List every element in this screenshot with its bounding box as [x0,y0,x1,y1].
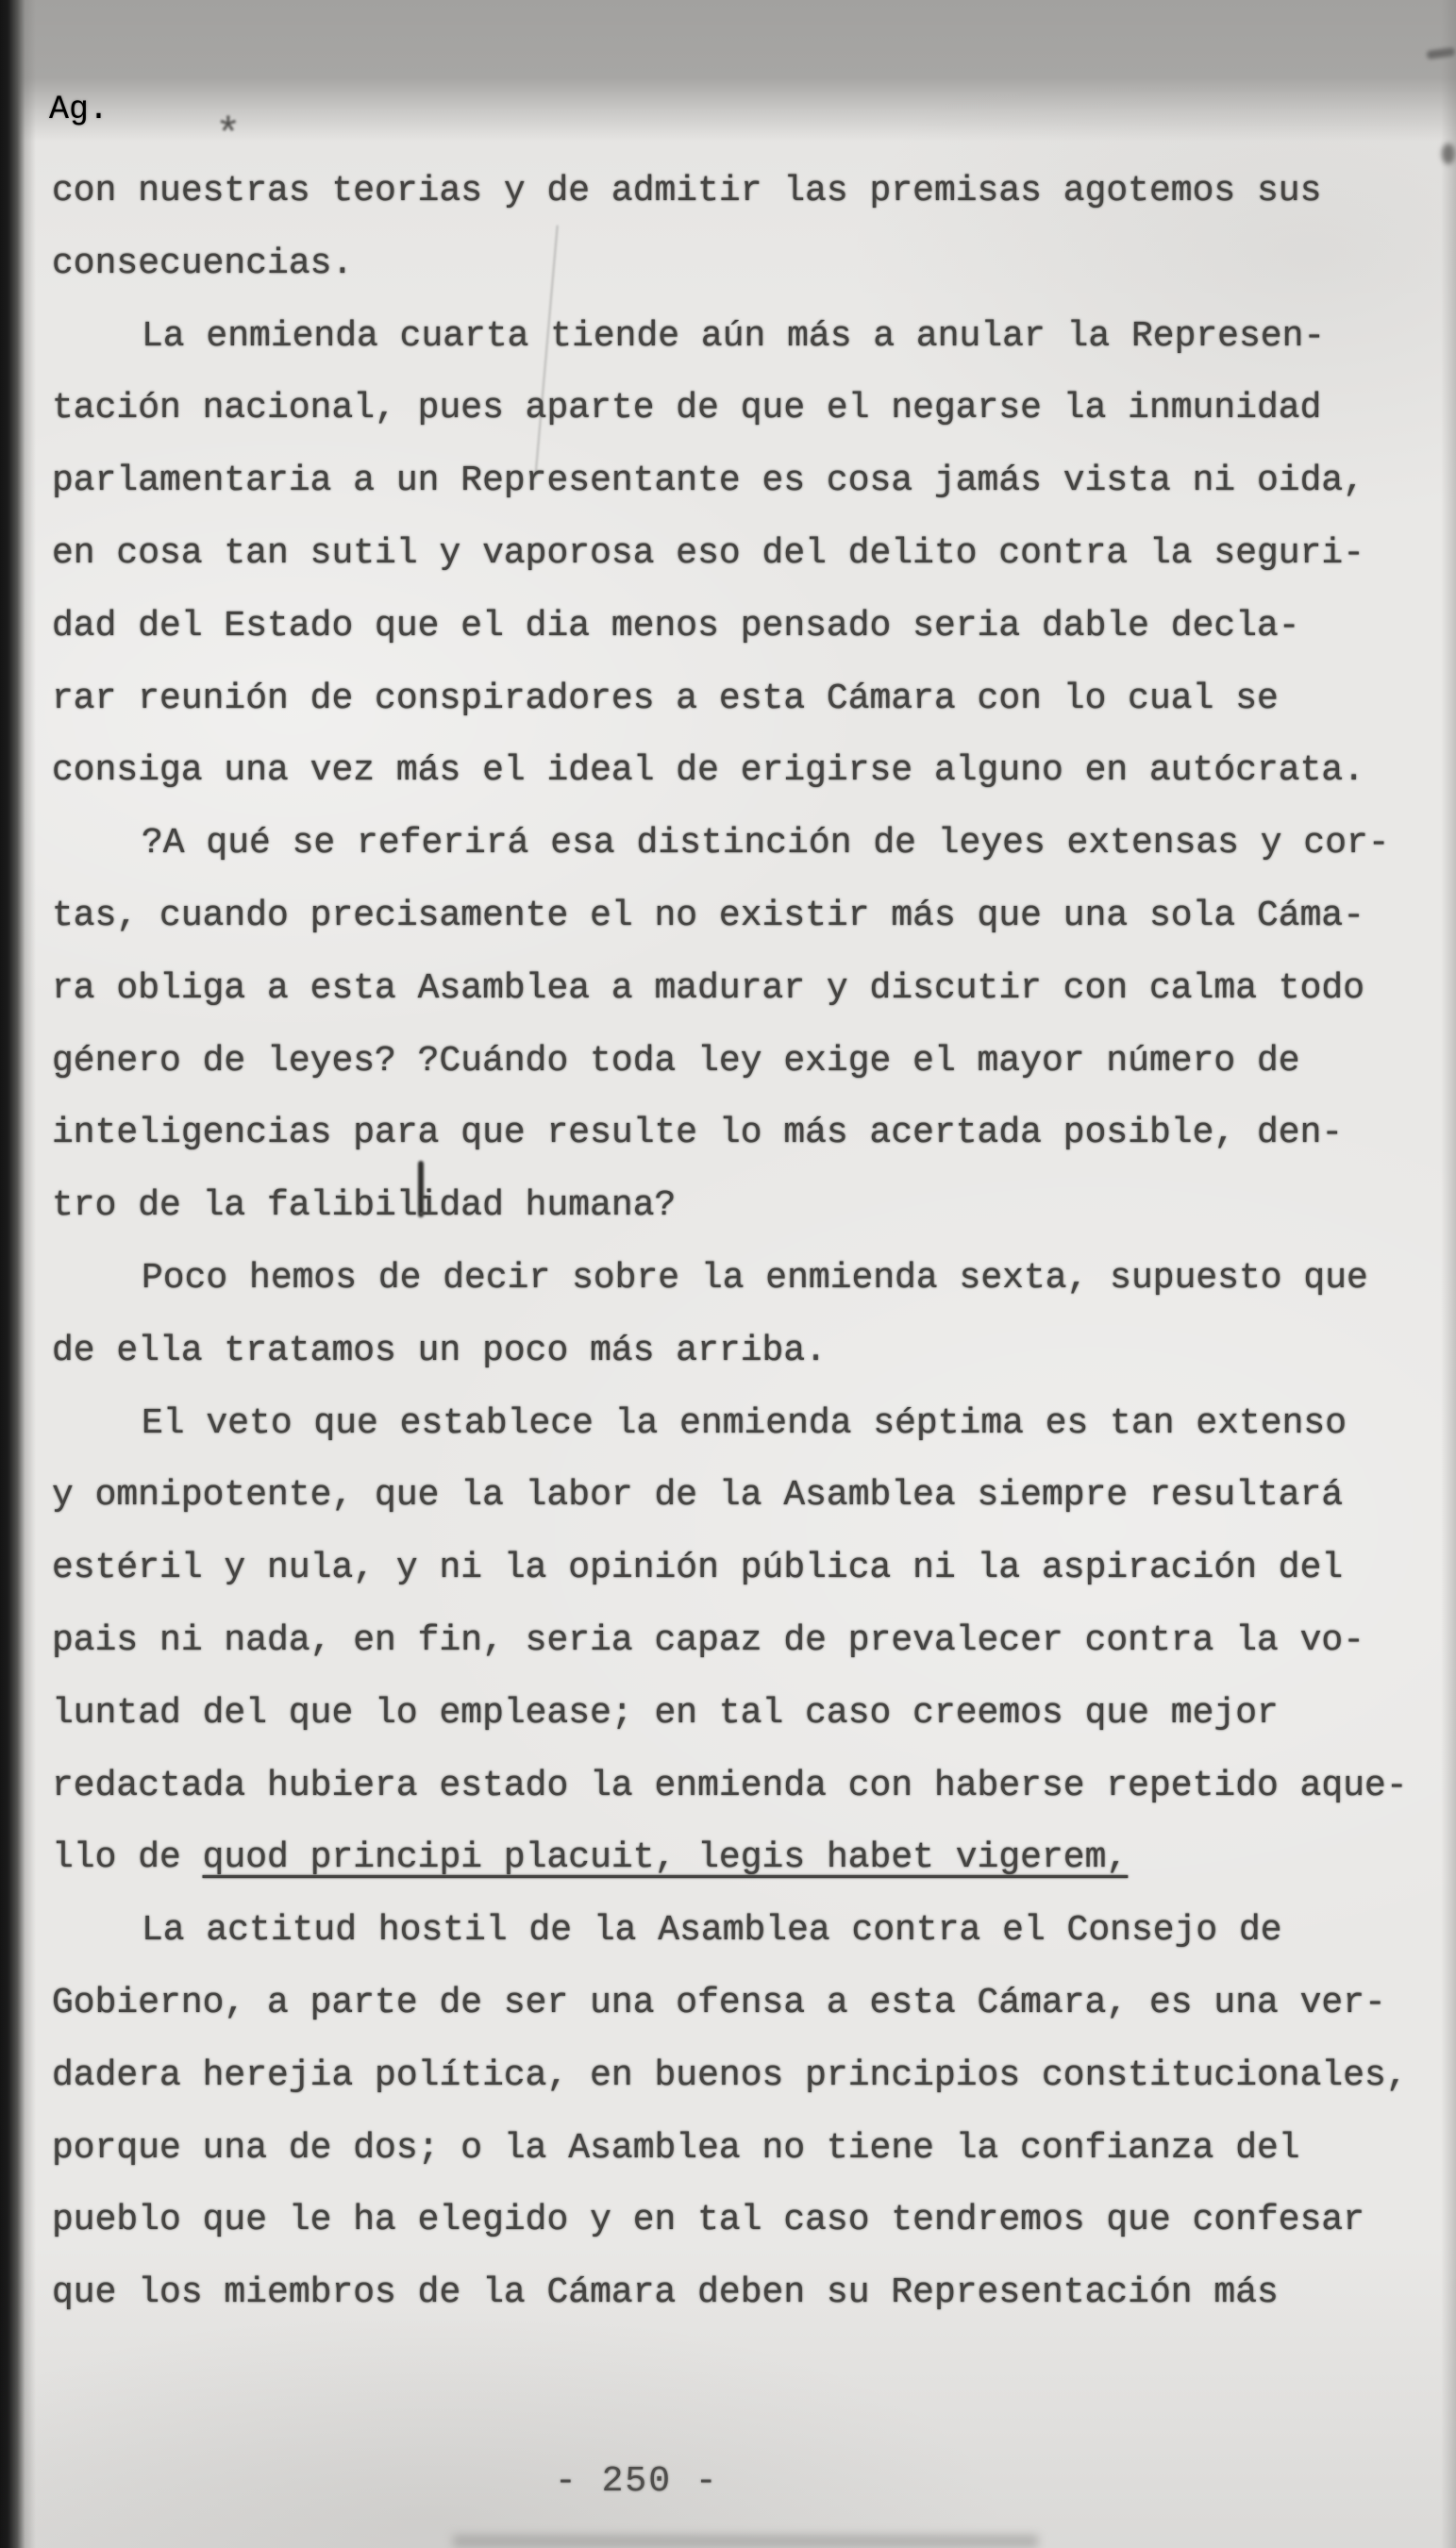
text-line: tas, cuando precisamente el no existir m… [52,880,1411,953]
text-line: que los miembros de la Cámara deben su R… [52,2257,1411,2330]
text-line: y omnipotente, que la labor de la Asambl… [52,1460,1411,1533]
text-line: estéril y nula, y ni la opinión pública … [52,1533,1411,1605]
text-line: La actitud hostil de la Asamblea contra … [52,1895,1411,1968]
scan-edge-left [0,0,36,2548]
header-annotation: Ag. [49,91,109,128]
text-line: género de leyes? ?Cuándo toda ley exige … [52,1026,1411,1098]
text-line-with-underline: llo de quod principi placuit, legis habe… [52,1822,1411,1895]
text-line: rar reunión de conspiradores a esta Cáma… [52,663,1411,736]
text-line: pais ni nada, en fin, seria capaz de pre… [52,1605,1411,1678]
scanned-document-page: { "document": { "header_annotation": "Ag… [0,0,1456,2548]
text-line: en cosa tan sutil y vaporosa eso del del… [52,518,1411,591]
text-line: El veto que establece la enmienda séptim… [52,1388,1411,1461]
text-line: parlamentaria a un Representante es cosa… [52,445,1411,518]
text-line: pueblo que le ha elegido y en tal caso t… [52,2185,1411,2257]
text-line: consecuencias. [52,228,1411,301]
typewritten-text-block: con nuestras teorias y de admitir las pr… [52,156,1411,2330]
text-line: tación nacional, pues aparte de que el n… [52,373,1411,445]
page-number: - 250 - [555,2461,719,2503]
text-line: consiga una vez más el ideal de erigirse… [52,735,1411,808]
text-line: ?A qué se referirá esa distinción de ley… [52,808,1411,880]
text-line: inteligencias para que resulte lo más ac… [52,1098,1411,1170]
text-line: redactada hubiera estado la enmienda con… [52,1751,1411,1823]
text-line: Gobierno, a parte de ser una ofensa a es… [52,1968,1411,2040]
text-line: dad del Estado que el dia menos pensado … [52,591,1411,663]
text-line: con nuestras teorias y de admitir las pr… [52,156,1411,228]
text-line: dadera herejia política, en buenos princ… [52,2040,1411,2113]
scan-shadow-bottom [453,2535,1038,2548]
text-segment: llo de [52,1837,203,1878]
text-line: ra obliga a esta Asamblea a madurar y di… [52,953,1411,1026]
text-line: de ella tratamos un poco más arriba. [52,1316,1411,1388]
text-line: Poco hemos de decir sobre la enmienda se… [52,1243,1411,1316]
scan-edge-right [1441,0,1456,2548]
text-line: tro de la falibilidad humana? [52,1170,1411,1243]
underlined-latin-phrase: quod principi placuit, legis habet viger… [203,1837,1129,1878]
text-line: luntad del que lo emplease; en tal caso … [52,1678,1411,1751]
text-line: porque una de dos; o la Asamblea no tien… [52,2113,1411,2186]
text-line: La enmienda cuarta tiende aún más a anul… [52,301,1411,374]
scan-shadow-top [0,0,1456,142]
